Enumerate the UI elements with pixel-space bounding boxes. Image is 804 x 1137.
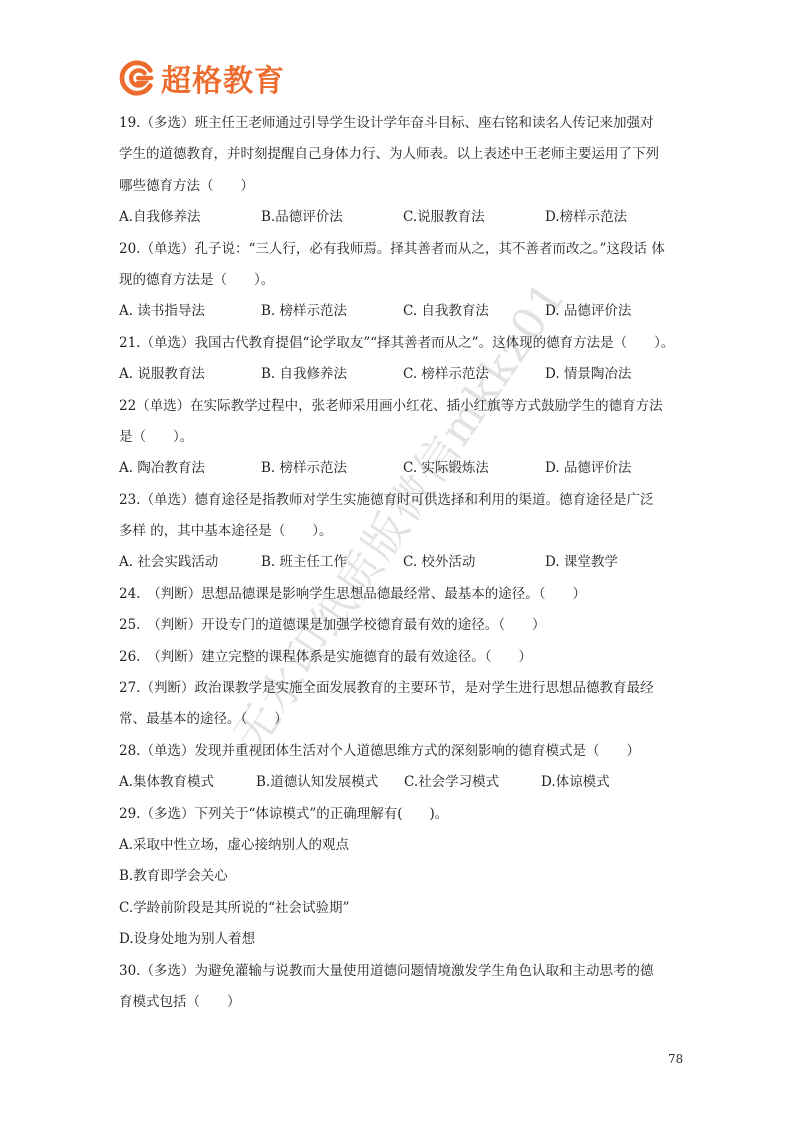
question-25: 25. （判断）开设专门的道德课是加强学校德育最有效的途径。（ ） <box>119 610 689 641</box>
option-row: A. 社会实践活动 B. 班主任工作 C. 校外活动 D. 课堂教学 <box>119 547 689 578</box>
brand-name: 超格教育 <box>161 56 285 100</box>
question-list: 19.（多选）班主任王老师通过引导学生设计学年奋斗目标、座右铭和读名人传记来加强… <box>119 108 689 1018</box>
option-d: D. 品德评价法 <box>545 296 687 327</box>
option-d: D. 情景陶冶法 <box>545 359 687 390</box>
option-d: D.体谅模式 <box>541 767 610 798</box>
option-b: B. 自我修养法 <box>261 359 403 390</box>
question-text: 育模式包括（ ） <box>119 987 689 1018</box>
option-d: D.设身处地为别人着想 <box>119 924 689 955</box>
option-c: C. 校外活动 <box>403 547 545 578</box>
question-23: 23.（单选）德育途径是指教师对学生实施德育时可供选择和利用的渠道。德育途径是广… <box>119 485 689 579</box>
option-row: A.自我修养法 B.品德评价法 C.说服教育法 D.榜样示范法 <box>119 202 689 233</box>
question-text: 19.（多选）班主任王老师通过引导学生设计学年奋斗目标、座右铭和读名人传记来加强… <box>119 108 689 139</box>
question-text: 27.（判断）政治课教学是实施全面发展教育的主要环节，是对学生进行思想品德教育最… <box>119 673 689 704</box>
question-text: 21.（单选）我国古代教育提倡“论学取友”“择其善者而从之”。这体现的德育方法是… <box>119 328 689 359</box>
option-a: A. 读书指导法 <box>119 296 261 327</box>
question-24: 24. （判断）思想品德课是影响学生思想品德最经常、最基本的途径。（ ） <box>119 579 689 610</box>
option-c: C.学龄前阶段是其所说的“社会试验期” <box>119 893 689 924</box>
option-row: A.集体教育模式 B.道德认知发展模式 C.社会学习模式 D.体谅模式 <box>119 767 689 798</box>
g-circle-logo-icon <box>119 59 157 97</box>
option-b: B.教育即学会关心 <box>119 861 689 892</box>
option-a: A.集体教育模式 <box>119 767 256 798</box>
option-c: C. 自我教育法 <box>403 296 545 327</box>
option-b: B. 榜样示范法 <box>261 296 403 327</box>
option-b: B. 班主任工作 <box>261 547 403 578</box>
question-29: 29.（多选）下列关于“体谅模式”的正确理解有( )。 A.采取中性立场，虚心接… <box>119 799 689 956</box>
question-27: 27.（判断）政治课教学是实施全面发展教育的主要环节，是对学生进行思想品德教育最… <box>119 673 689 736</box>
question-text: 30.（多选）为避免灌输与说教而大量使用道德问题情境激发学生角色认取和主动思考的… <box>119 956 689 987</box>
option-a: A. 社会实践活动 <box>119 547 261 578</box>
page-number: 78 <box>668 1052 683 1066</box>
question-text: 28.（单选）发现并重视团体生活对个人道德思维方式的深刻影响的德育模式是（ ） <box>119 736 689 767</box>
option-b: B. 榜样示范法 <box>261 453 403 484</box>
option-d: D. 课堂教学 <box>545 547 687 578</box>
brand-logo: 超格教育 <box>119 58 285 98</box>
option-row: A. 陶冶教育法 B. 榜样示范法 C. 实际锻炼法 D. 品德评价法 <box>119 453 689 484</box>
question-22: 22（单选）在实际教学过程中，张老师采用画小红花、插小红旗等方式鼓励学生的德育方… <box>119 391 689 485</box>
question-text: 现的德育方法是（ ）。 <box>119 265 689 296</box>
option-a: A. 说服教育法 <box>119 359 261 390</box>
question-19: 19.（多选）班主任王老师通过引导学生设计学年奋斗目标、座右铭和读名人传记来加强… <box>119 108 689 234</box>
option-a: A.自我修养法 <box>119 202 261 233</box>
question-text: 是（ ）。 <box>119 422 689 453</box>
option-b: B.品德评价法 <box>261 202 403 233</box>
question-text: 学生的道德教育，并时刻提醒自己身体力行、为人师表。以上表述中王老师主要运用了下列 <box>119 139 689 170</box>
question-text: 22（单选）在实际教学过程中，张老师采用画小红花、插小红旗等方式鼓励学生的德育方… <box>119 391 689 422</box>
question-26: 26. （判断）建立完整的课程体系是实施德育的最有效途径。（ ） <box>119 642 689 673</box>
question-text: 20.（单选）孔子说：“三人行，必有我师焉。择其善者而从之，其不善者而改之。”这… <box>119 234 689 265</box>
option-a: A.采取中性立场，虚心接纳别人的观点 <box>119 830 689 861</box>
option-b: B.道德认知发展模式 <box>256 767 404 798</box>
option-c: C. 榜样示范法 <box>403 359 545 390</box>
option-c: C.社会学习模式 <box>404 767 541 798</box>
option-a: A. 陶冶教育法 <box>119 453 261 484</box>
option-row: A. 读书指导法 B. 榜样示范法 C. 自我教育法 D. 品德评价法 <box>119 296 689 327</box>
option-d: D. 品德评价法 <box>545 453 687 484</box>
question-28: 28.（单选）发现并重视团体生活对个人道德思维方式的深刻影响的德育模式是（ ） … <box>119 736 689 799</box>
question-30: 30.（多选）为避免灌输与说教而大量使用道德问题情境激发学生角色认取和主动思考的… <box>119 956 689 1019</box>
question-21: 21.（单选）我国古代教育提倡“论学取友”“择其善者而从之”。这体现的德育方法是… <box>119 328 689 391</box>
question-text: 23.（单选）德育途径是指教师对学生实施德育时可供选择和利用的渠道。德育途径是广… <box>119 485 689 516</box>
option-c: C. 实际锻炼法 <box>403 453 545 484</box>
question-text: 哪些德育方法（ ） <box>119 171 689 202</box>
option-c: C.说服教育法 <box>403 202 545 233</box>
question-text: 29.（多选）下列关于“体谅模式”的正确理解有( )。 <box>119 799 689 830</box>
question-20: 20.（单选）孔子说：“三人行，必有我师焉。择其善者而从之，其不善者而改之。”这… <box>119 234 689 328</box>
option-row: A. 说服教育法 B. 自我修养法 C. 榜样示范法 D. 情景陶冶法 <box>119 359 689 390</box>
question-text: 多样 的，其中基本途径是（ ）。 <box>119 516 689 547</box>
question-text: 常、最基本的途径。（ ） <box>119 704 689 735</box>
option-d: D.榜样示范法 <box>545 202 687 233</box>
